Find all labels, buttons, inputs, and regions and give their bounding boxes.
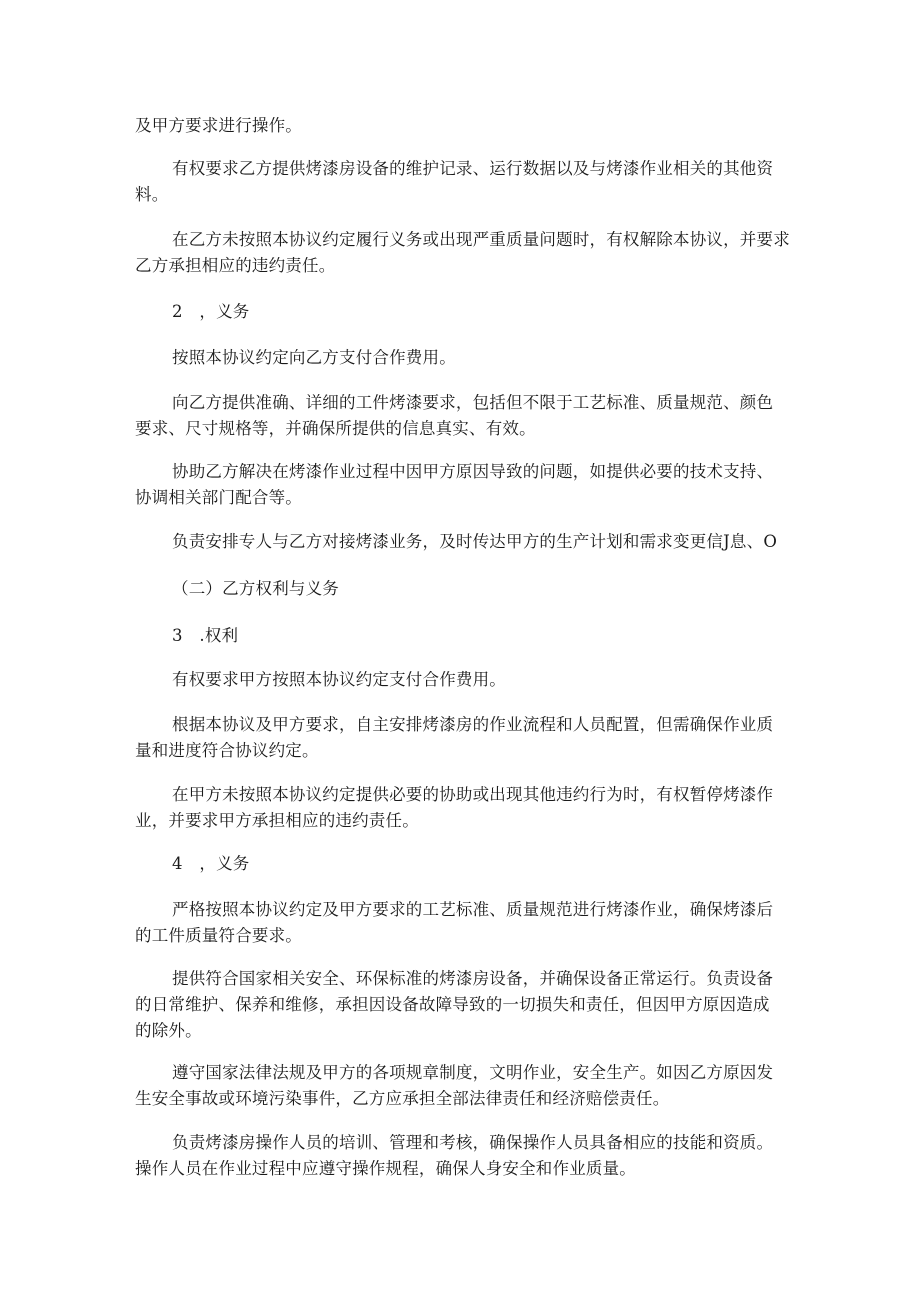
text-line: 生安全事故或环境污染事件，乙方应承担全部法律责任和经济赔偿责任。 xyxy=(135,1086,787,1112)
text-line: 业，并要求甲方承担相应的违约责任。 xyxy=(135,808,787,834)
paragraph: 向乙方提供准确、详细的工件烤漆要求，包括但不限于工艺标准、质量规范、颜色要求、尺… xyxy=(135,390,787,442)
text-line: 负责安排专人与乙方对接烤漆业务，及时传达甲方的生产计划和需求变更信J息、O xyxy=(135,529,787,555)
text-line: 遵守国家法律法规及甲方的各项规章制度，文明作业，安全生产。如因乙方原因发 xyxy=(135,1060,787,1086)
text-line: 乙方承担相应的违约责任。 xyxy=(135,253,787,279)
text-line: 料。 xyxy=(135,182,787,208)
text-line: 的除外。 xyxy=(135,1018,787,1044)
text-line: 协调相关部门配合等。 xyxy=(135,485,787,511)
paragraph: 有权要求甲方按照本协议约定支付合作费用。 xyxy=(135,667,787,693)
text-line: 2 ，义务 xyxy=(135,299,787,325)
paragraph: 遵守国家法律法规及甲方的各项规章制度，文明作业，安全生产。如因乙方原因发生安全事… xyxy=(135,1060,787,1112)
paragraph: 4 ，义务 xyxy=(135,851,787,877)
text-line: 根据本协议及甲方要求，自主安排烤漆房的作业流程和人员配置，但需确保作业质 xyxy=(135,712,787,738)
paragraph: 负责安排专人与乙方对接烤漆业务，及时传达甲方的生产计划和需求变更信J息、O xyxy=(135,529,787,555)
paragraph: （二）乙方权利与义务 xyxy=(135,576,787,602)
paragraph: 负责烤漆房操作人员的培训、管理和考核，确保操作人员具备相应的技能和资质。操作人员… xyxy=(135,1130,787,1182)
text-line: 操作人员在作业过程中应遵守操作规程，确保人身安全和作业质量。 xyxy=(135,1156,787,1182)
text-line: 4 ，义务 xyxy=(135,851,787,877)
paragraph: 严格按照本协议约定及甲方要求的工艺标准、质量规范进行烤漆作业，确保烤漆后的工件质… xyxy=(135,897,787,949)
text-line: 量和进度符合协议约定。 xyxy=(135,738,787,764)
text-line: 严格按照本协议约定及甲方要求的工艺标准、质量规范进行烤漆作业，确保烤漆后 xyxy=(135,897,787,923)
text-line: 提供符合国家相关安全、环保标准的烤漆房设备，并确保设备正常运行。负责设备 xyxy=(135,966,787,992)
text-line: 3 .权利 xyxy=(135,623,787,649)
paragraph: 协助乙方解决在烤漆作业过程中因甲方原因导致的问题，如提供必要的技术支持、协调相关… xyxy=(135,459,787,511)
text-line: 的工件质量符合要求。 xyxy=(135,923,787,949)
paragraph: 在甲方未按照本协议约定提供必要的协助或出现其他违约行为时，有权暂停烤漆作业，并要… xyxy=(135,782,787,834)
text-line: 负责烤漆房操作人员的培训、管理和考核，确保操作人员具备相应的技能和资质。 xyxy=(135,1130,787,1156)
text-line: 有权要求甲方按照本协议约定支付合作费用。 xyxy=(135,667,787,693)
text-line: 的日常维护、保养和维修，承担因设备故障导致的一切损失和责任，但因甲方原因造成 xyxy=(135,992,787,1018)
text-line: 按照本协议约定向乙方支付合作费用。 xyxy=(135,345,787,371)
text-line: （二）乙方权利与义务 xyxy=(135,576,787,602)
text-line: 有权要求乙方提供烤漆房设备的维护记录、运行数据以及与烤漆作业相关的其他资 xyxy=(135,156,787,182)
paragraph: 2 ，义务 xyxy=(135,299,787,325)
paragraph: 及甲方要求进行操作。 xyxy=(135,113,787,139)
text-line: 要求、尺寸规格等，并确保所提供的信息真实、有效。 xyxy=(135,416,787,442)
paragraph: 3 .权利 xyxy=(135,623,787,649)
paragraph: 有权要求乙方提供烤漆房设备的维护记录、运行数据以及与烤漆作业相关的其他资料。 xyxy=(135,156,787,208)
text-line: 协助乙方解决在烤漆作业过程中因甲方原因导致的问题，如提供必要的技术支持、 xyxy=(135,459,787,485)
paragraph: 按照本协议约定向乙方支付合作费用。 xyxy=(135,345,787,371)
paragraph: 提供符合国家相关安全、环保标准的烤漆房设备，并确保设备正常运行。负责设备的日常维… xyxy=(135,966,787,1044)
text-line: 在甲方未按照本协议约定提供必要的协助或出现其他违约行为时，有权暂停烤漆作 xyxy=(135,782,787,808)
text-line: 向乙方提供准确、详细的工件烤漆要求，包括但不限于工艺标准、质量规范、颜色 xyxy=(135,390,787,416)
text-line: 在乙方未按照本协议约定履行义务或出现严重质量问题时，有权解除本协议，并要求 xyxy=(135,227,787,253)
paragraph: 在乙方未按照本协议约定履行义务或出现严重质量问题时，有权解除本协议，并要求乙方承… xyxy=(135,227,787,279)
paragraph: 根据本协议及甲方要求，自主安排烤漆房的作业流程和人员配置，但需确保作业质量和进度… xyxy=(135,712,787,764)
text-line: 及甲方要求进行操作。 xyxy=(135,113,787,139)
